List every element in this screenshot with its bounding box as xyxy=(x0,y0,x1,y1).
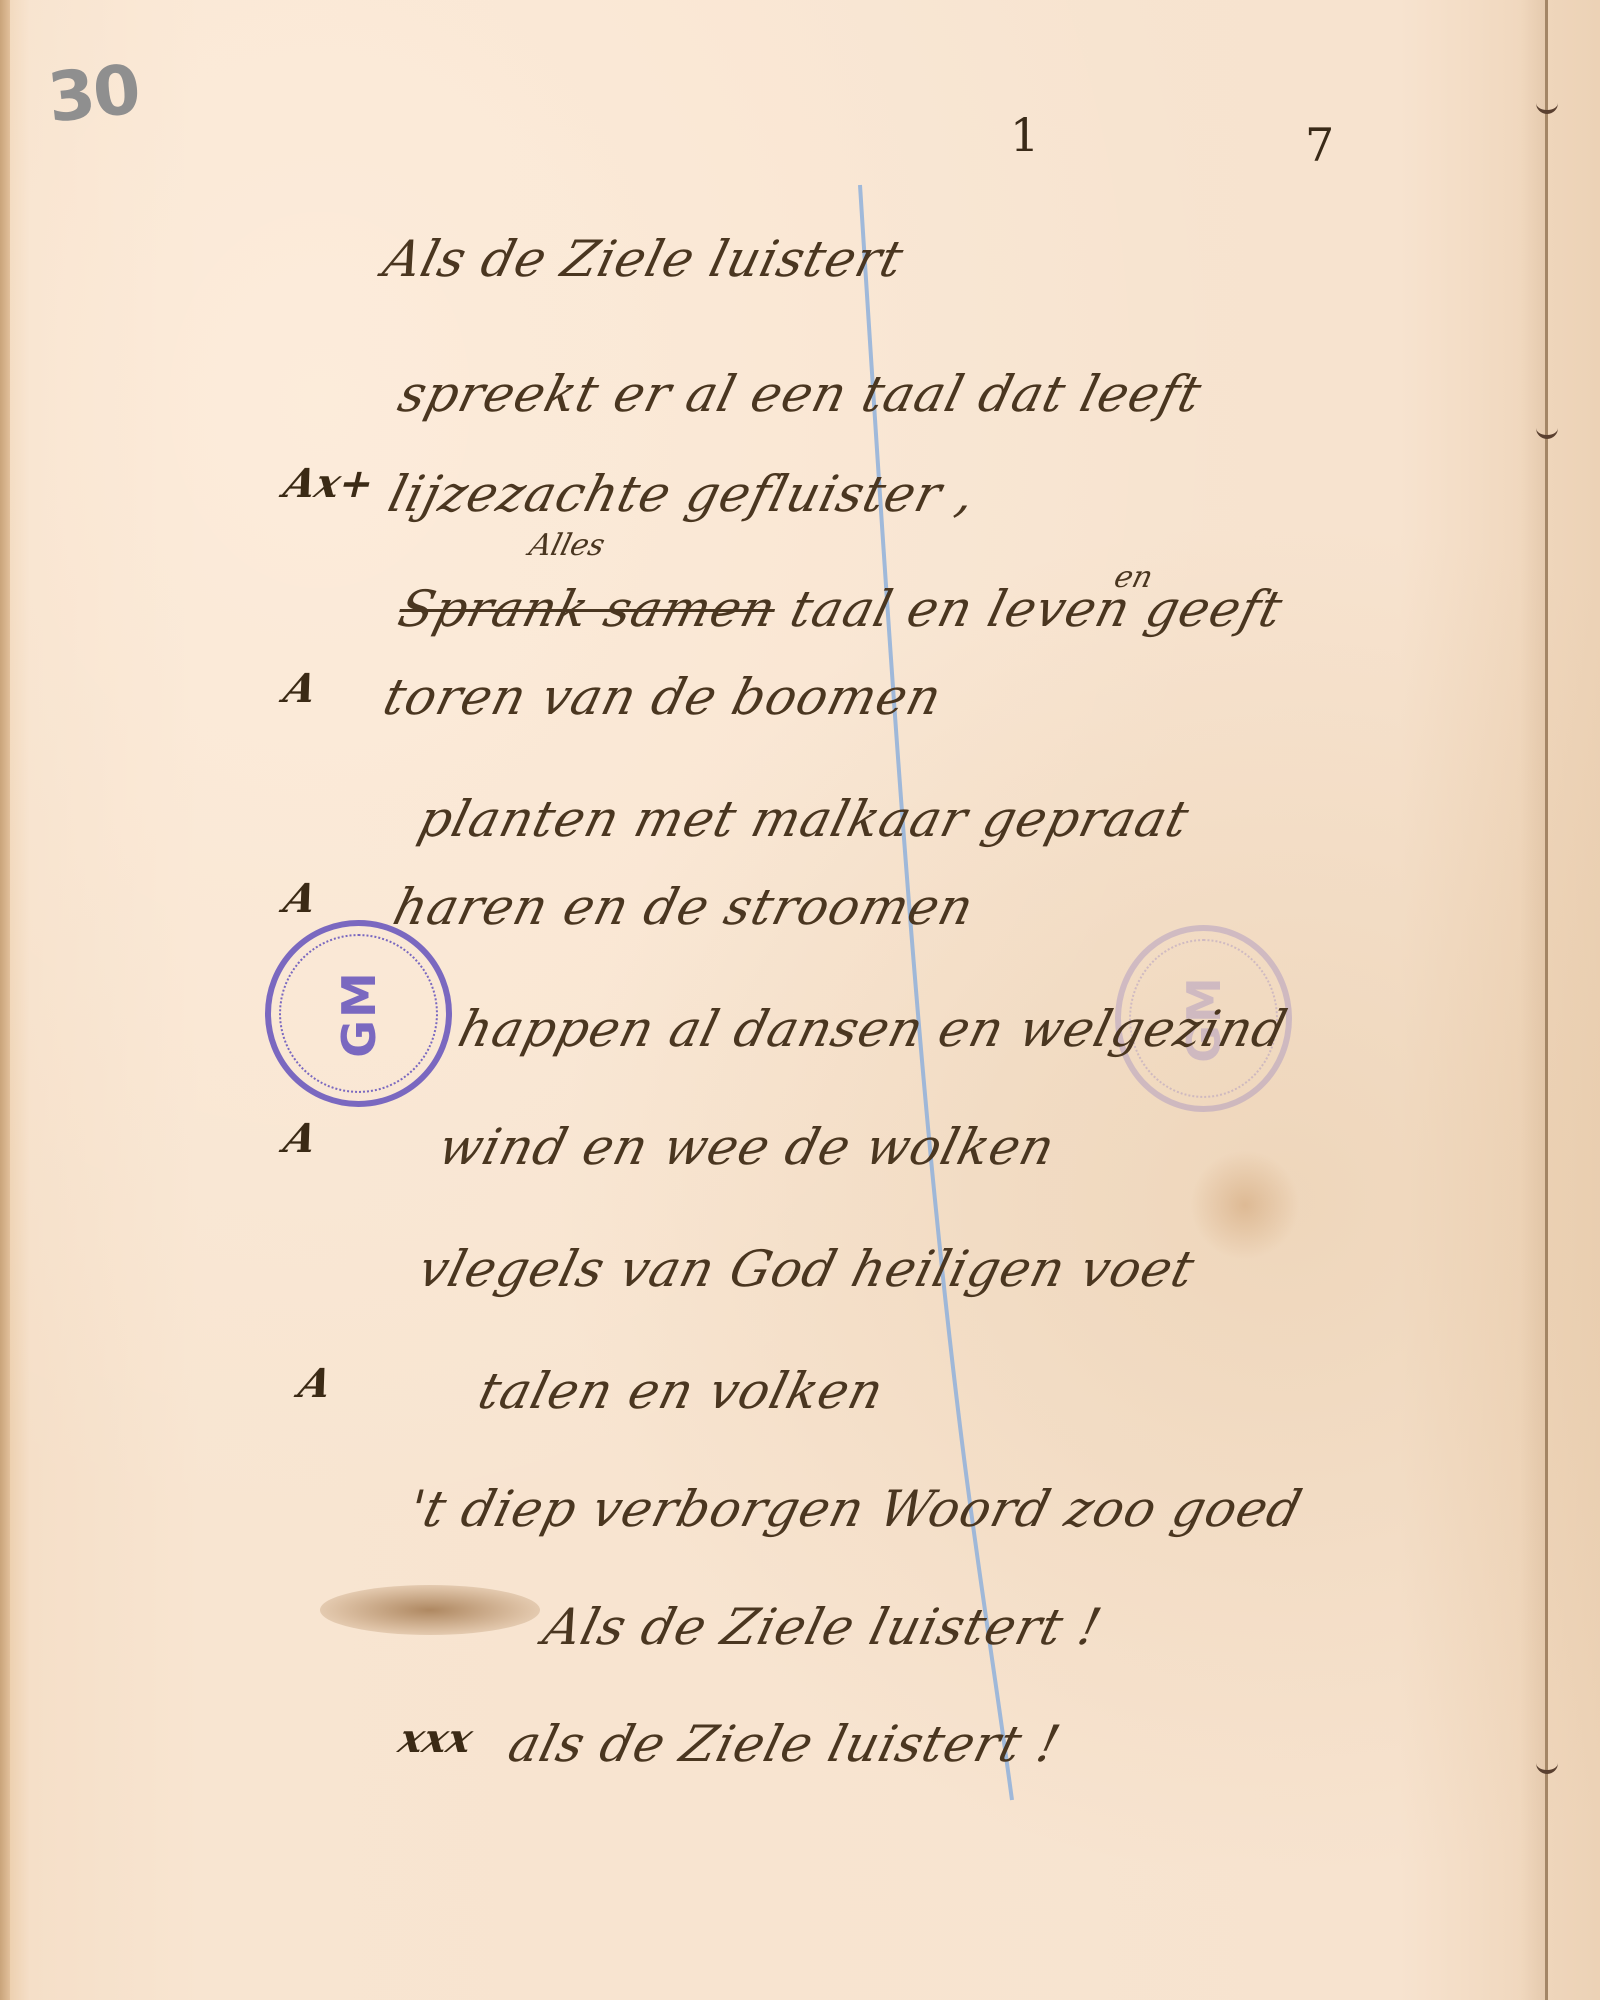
poem-line-4: Sprank samen taal en leven geeft xyxy=(393,580,1289,638)
folio-number: 30 xyxy=(44,50,142,138)
poem-line-13: Als de Ziele luistert ! xyxy=(538,1598,1108,1656)
page-left-edge xyxy=(0,0,10,2000)
margin-mark: A xyxy=(279,1115,322,1162)
poem-line-5: toren van de boomen xyxy=(378,668,948,726)
stamp-letters: GM xyxy=(331,970,385,1058)
binding-shadow xyxy=(1520,0,1545,2000)
margin-mark: A xyxy=(279,665,322,712)
margin-mark: A xyxy=(294,1360,337,1407)
poem-line-3: lijzezachte gefluister , xyxy=(383,465,982,523)
binding-fold xyxy=(1545,0,1548,2000)
poem-line-6: planten met malkaar gepraat xyxy=(413,790,1195,848)
ink-smudge xyxy=(320,1585,540,1635)
inserted-word: Alles xyxy=(526,528,609,563)
poem-line-9: wind en wee de wolken xyxy=(433,1118,1061,1176)
page-marker-left: 1 xyxy=(1010,108,1039,162)
poem-line-12: 't diep verborgen Woord zoo goed xyxy=(403,1480,1308,1538)
library-stamp: GM xyxy=(265,920,452,1107)
poem-line-10: vlegels van God heiligen voet xyxy=(413,1240,1201,1298)
margin-mark: A xyxy=(279,875,322,922)
poem-line-1: Als de Ziele luistert xyxy=(378,230,910,288)
poem-line-11: talen en volken xyxy=(473,1362,890,1420)
poem-line-12-text: 't diep verborgen Woord zoo goed xyxy=(403,1480,1308,1538)
paper-stain xyxy=(1190,1150,1300,1260)
page-marker-right: 7 xyxy=(1305,118,1334,172)
manuscript-page: 30 1 7 GM GM Als de Ziele luistert spree… xyxy=(0,0,1600,2000)
poem-line-14: als de Ziele luistert ! xyxy=(503,1715,1067,1773)
margin-mark: xxx xyxy=(394,1715,477,1762)
poem-line-4-text: taal en leven geeft xyxy=(785,580,1289,638)
poem-line-7: haren en de stroomen xyxy=(388,878,980,936)
margin-mark: Ax+ xyxy=(279,460,379,507)
poem-line-8: happen al dansen en welgezind xyxy=(453,1000,1293,1058)
poem-line-2: spreekt er al een taal dat leeft xyxy=(393,365,1208,423)
struck-text: Sprank samen xyxy=(393,580,783,638)
